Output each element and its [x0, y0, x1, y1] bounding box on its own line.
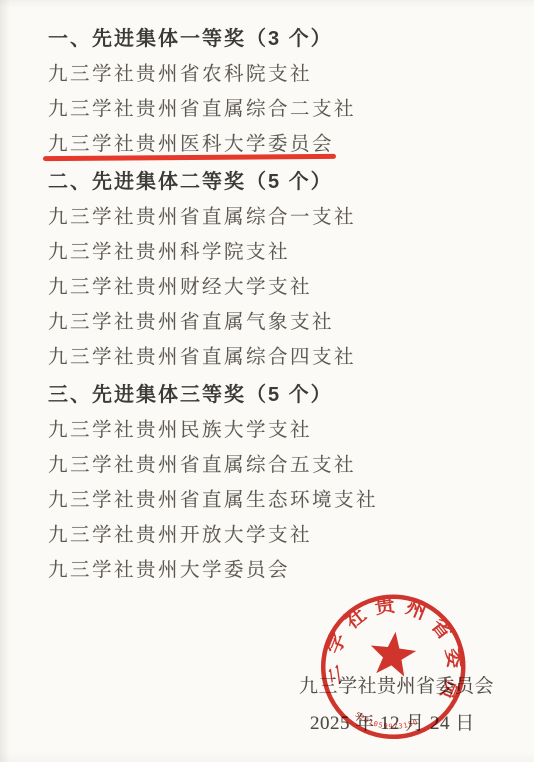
- section-3-heading: 三、先进集体三等奖（5 个）: [48, 375, 514, 410]
- award-item: 九三学社贵州科学院支社: [48, 232, 514, 267]
- star-icon: [368, 629, 419, 678]
- award-list: 一、先进集体一等奖（3 个） 九三学社贵州省农科院支社 九三学社贵州省直属综合二…: [48, 19, 514, 585]
- section-2-heading: 二、先进集体二等奖（5 个）: [48, 162, 514, 197]
- award-item: 九三学社贵州开放大学支社: [48, 515, 514, 550]
- award-item: 九三学社贵州省农科院支社: [48, 54, 514, 89]
- award-item: 九三学社贵州财经大学支社: [48, 267, 514, 302]
- award-item: 九三学社贵州民族大学支社: [48, 410, 514, 445]
- award-item: 九三学社贵州省直属综合一支社: [48, 197, 514, 232]
- award-item: 九三学社贵州省直属综合五支社: [48, 445, 514, 480]
- official-red-seal: 九三学社贵州省委员会 5201059973150: [319, 591, 471, 747]
- section-1-heading: 一、先进集体一等奖（3 个）: [48, 19, 514, 54]
- seal-graphic: 九三学社贵州省委员会 5201059973150: [310, 582, 480, 755]
- award-item-highlighted: 九三学社贵州医科大学委员会: [48, 124, 514, 159]
- award-item: 九三学社贵州省直属生态环境支社: [48, 480, 514, 515]
- award-item: 九三学社贵州省直属气象支社: [48, 302, 514, 337]
- award-item: 九三学社贵州大学委员会: [48, 550, 514, 585]
- award-item-label: 九三学社贵州医科大学委员会: [48, 134, 334, 155]
- scanned-award-document: 一、先进集体一等奖（3 个） 九三学社贵州省农科院支社 九三学社贵州省直属综合二…: [0, 0, 534, 762]
- award-item: 九三学社贵州省直属综合二支社: [48, 89, 514, 124]
- award-item: 九三学社贵州省直属综合四支社: [48, 337, 514, 372]
